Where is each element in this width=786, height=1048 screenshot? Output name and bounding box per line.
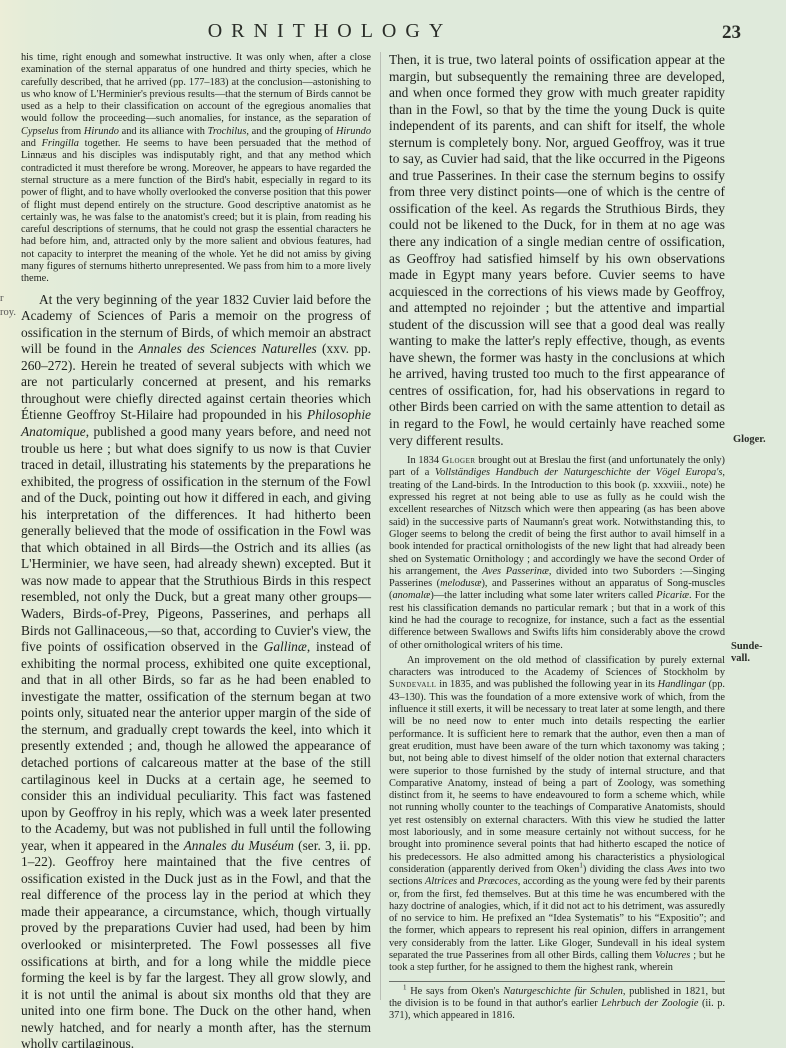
running-head: ORNITHOLOGY 23: [0, 20, 786, 50]
paragraph-sundevall: An improvement on the old method of clas…: [389, 655, 725, 975]
left-column: his time, right enough and somewhat inst…: [21, 52, 371, 1048]
running-title: ORNITHOLOGY: [160, 20, 500, 43]
margin-note-sundevall-line2: vall.: [731, 653, 750, 665]
column-divider: [380, 52, 381, 1000]
margin-note-sundevall-line1: Sunde-: [731, 641, 763, 653]
author-name-gloger: Gloger: [442, 455, 476, 466]
author-name-sundevall: Sundevall: [389, 679, 436, 690]
paragraph-duck-ossification: Then, it is true, two lateral points of …: [389, 52, 725, 449]
footnote: 1 He says from Oken's Naturgeschichte fü…: [389, 986, 725, 1023]
paragraph-lherminier: his time, right enough and somewhat inst…: [21, 52, 371, 286]
paragraph-gloger: In 1834 Gloger brought out at Breslau th…: [389, 455, 725, 652]
margin-note-geoffroy: roy.: [0, 307, 16, 319]
margin-note-gloger: Gloger.: [733, 434, 766, 446]
paragraph-cuvier-geoffroy: At the very beginning of the year 1832 C…: [21, 292, 371, 1048]
book-page: ORNITHOLOGY 23 r roy. his time, right en…: [0, 0, 786, 1048]
page-number: 23: [722, 22, 741, 44]
footnote-divider: [389, 981, 725, 982]
right-column: Then, it is true, two lateral points of …: [389, 52, 725, 1022]
margin-note-fragment: r: [0, 293, 4, 305]
